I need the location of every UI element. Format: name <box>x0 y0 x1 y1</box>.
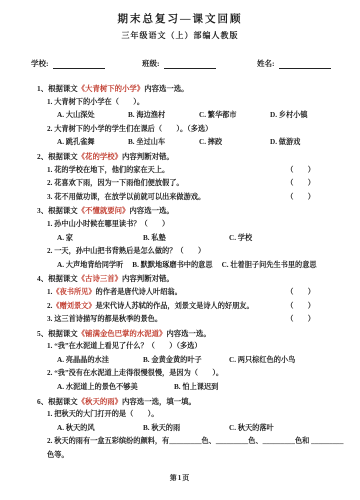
options-row: A. 水泥道上的景色不够美B. 怕上课迟到 <box>0 381 360 395</box>
stem-text: 4、根据课文 <box>37 274 78 283</box>
question-stem: 2、根据课文《花的学校》内容判断对错。 <box>0 150 360 164</box>
stem-text: 内容选一选，填一填。 <box>122 397 196 406</box>
item-text: 3. 花不用做功课，在放学以前就可以出来做游戏。 <box>47 193 205 201</box>
sub-question: 2. 一天，孙中山把书背熟后是怎么做的？（ ） <box>0 245 360 259</box>
book-title: 《大青树下的小学》 <box>78 84 145 93</box>
sub-question: 2. 大青树下的小学的学生们在课后（ ）。（多选） <box>0 123 360 137</box>
item-text: 2. 一天，孙中山把书背熟后是怎么做的？（ ） <box>47 247 205 255</box>
question-stem: 6、根据课文《秋天的雨》内容选一选，填一填。 <box>0 395 360 409</box>
item-text: 的作者是唐代诗人叶绍翁。 <box>96 288 182 296</box>
option: B. 秋天的雨 <box>143 422 229 436</box>
judge-statement: 1.《夜书所见》的作者是唐代诗人叶绍翁。（ ） <box>0 286 360 300</box>
sub-question-text: 1. 把秋天的大门打开的是（ ）。 <box>47 410 158 418</box>
stem-text: 内容选一选。 <box>144 84 188 93</box>
option: C. 壮着胆子问先生书里的意思 <box>222 259 317 273</box>
judge-statement: 2.《赠刘景文》是宋代诗人苏轼的作品，刘景文是诗人的好朋友。（ ） <box>0 300 360 314</box>
sub-question-text: 2. 秋天的雨有一盒五彩缤纷的颜料，有_________色、_________色… <box>47 437 344 459</box>
item-text: 2. 秋天的雨有一盒五彩缤纷的颜料，有_________色、_________色… <box>47 437 344 459</box>
question-block-5: 5、根据课文《铺满金色巴掌的水泥道》内容选一选。1. “我”在水泥道上看见了什么… <box>0 327 360 395</box>
option: B. 坐过山车 <box>128 136 199 150</box>
question-stem: 3、根据课文《不懂就要问》内容选一选。 <box>0 204 360 218</box>
item-text: 1. 花的学校在地下，他们的家在天上。 <box>47 166 169 174</box>
sub-question-text: 1. 花的学校在地下，他们的家在天上。 <box>47 164 169 178</box>
options-row: A. 大声地背给同学听B. 默默地琢磨书中的意思C. 壮着胆子问先生书里的意思 <box>0 259 360 273</box>
option: B. 怕上课迟到 <box>174 381 218 395</box>
sub-question-text: 3. 这三首诗描写的都是秋季的景色。 <box>47 313 162 327</box>
stem-text: 3、根据课文 <box>37 206 78 215</box>
stem-text: 内容选一选。 <box>166 329 210 338</box>
sub-question-text: 2.《赠刘景文》是宋代诗人苏轼的作品，刘景文是诗人的好朋友。 <box>47 300 254 314</box>
option: A. 大山深处 <box>57 109 128 123</box>
stem-text: 内容判断对错。 <box>122 274 174 283</box>
item-text: 2. “我”没有在水泥道上走得很慢很慢，是因为（ ）。 <box>47 369 223 377</box>
option: A. 秋天的风 <box>57 422 143 436</box>
question-block-6: 6、根据课文《秋天的雨》内容选一选，填一填。1. 把秋天的大门打开的是（ ）。A… <box>0 395 360 463</box>
class-label: 班级: <box>142 59 160 69</box>
option: C. 两只棕红色的小鸟 <box>229 354 295 368</box>
options-row: A. 大山深处B. 海边渔村C. 繁华都市D. 乡村小镇 <box>0 109 360 123</box>
sub-question-text: 1.《夜书所见》的作者是唐代诗人叶绍翁。 <box>47 286 182 300</box>
options-row: A. 家B. 私塾C. 学校 <box>0 232 360 246</box>
sub-question: 2. “我”没有在水泥道上走得很慢很慢，是因为（ ）。 <box>0 367 360 381</box>
questions: 1、根据课文《大青树下的小学》内容选一选。1. 大青树下的小学在（ ）。A. 大… <box>0 82 360 463</box>
item-text: 是宋代诗人苏轼的作品，刘景文是诗人的好朋友。 <box>96 302 254 310</box>
item-text: 1. “我”在水泥道上看见了什么？（ ）（多选） <box>47 342 202 350</box>
stem-text: 2、根据课文 <box>37 152 78 161</box>
sub-question-text: 2. 花喜欢下雨，因为一下雨他们便放假了。 <box>47 177 184 191</box>
judge-statement: 3. 花不用做功课，在放学以前就可以出来做游戏。（ ） <box>0 191 360 205</box>
sub-question: 1. 把秋天的大门打开的是（ ）。 <box>0 408 360 422</box>
answer-bracket: （ ） <box>286 191 315 205</box>
sub-question-text: 3. 花不用做功课，在放学以前就可以出来做游戏。 <box>47 191 205 205</box>
worksheet-page: 期末总复习—课文回顾 三年级语文（上）部编人教版 学校:班级:姓名: 1、根据课… <box>0 0 360 500</box>
school-label: 学校: <box>31 59 49 69</box>
question-stem: 4、根据课文《古诗三首》内容判断对错。 <box>0 272 360 286</box>
question-block-4: 4、根据课文《古诗三首》内容判断对错。1.《夜书所见》的作者是唐代诗人叶绍翁。（… <box>0 272 360 326</box>
page-footer: 第1页 <box>0 473 360 483</box>
book-title: 《花的学校》 <box>78 152 122 161</box>
option: C. 秋天的落叶 <box>229 422 274 436</box>
page-subtitle: 三年级语文（上）部编人教版 <box>0 31 360 41</box>
answer-bracket: （ ） <box>286 300 315 314</box>
answer-bracket: （ ） <box>286 286 315 300</box>
question-block-3: 3、根据课文《不懂就要问》内容选一选。1. 孙中山小时候在哪里读书？（ ）A. … <box>0 204 360 272</box>
school-field: 学校: <box>31 57 105 69</box>
judge-statement: 3. 这三首诗描写的都是秋季的景色。（ ） <box>0 313 360 327</box>
option: B. 私塾 <box>143 232 229 246</box>
answer-bracket: （ ） <box>286 164 315 178</box>
name-label: 姓名: <box>257 59 275 69</box>
header-fields: 学校:班级:姓名: <box>0 57 360 71</box>
option: C. 摔跤 <box>199 136 270 150</box>
option: B. 默默地琢磨书中的意思 <box>132 259 212 273</box>
stem-text: 6、根据课文 <box>37 397 78 406</box>
sub-question-text: 1. 大青树下的小学在（ ）。 <box>47 98 144 106</box>
sub-question-text: 2. 一天，孙中山把书背熟后是怎么做的？（ ） <box>47 247 205 255</box>
option: A. 跳孔雀舞 <box>57 136 128 150</box>
options-row: A. 亮晶晶的水洼B. 金黄金黄的叶子C. 两只棕红色的小鸟 <box>0 354 360 368</box>
question-block-1: 1、根据课文《大青树下的小学》内容选一选。1. 大青树下的小学在（ ）。A. 大… <box>0 82 360 150</box>
name-blank-line <box>279 59 331 69</box>
option: A. 亮晶晶的水洼 <box>57 354 143 368</box>
option: D. 乡村小镇 <box>270 109 308 123</box>
item-text: 1. 孙中山小时候在哪里读书？（ ） <box>47 220 169 228</box>
item-text: 1. 把秋天的大门打开的是（ ）。 <box>47 410 158 418</box>
judge-statement: 1. 花的学校在地下，他们的家在天上。（ ） <box>0 164 360 178</box>
option: A. 家 <box>57 232 143 246</box>
book-title: 《秋天的雨》 <box>78 397 122 406</box>
question-block-2: 2、根据课文《花的学校》内容判断对错。1. 花的学校在地下，他们的家在天上。（ … <box>0 150 360 204</box>
item-text: 2. 花喜欢下雨，因为一下雨他们便放假了。 <box>47 179 184 187</box>
name-field: 姓名: <box>257 57 331 69</box>
sub-question: 1. “我”在水泥道上看见了什么？（ ）（多选） <box>0 340 360 354</box>
sub-question-text: 2. “我”没有在水泥道上走得很慢很慢，是因为（ ）。 <box>47 369 223 377</box>
book-title: 《铺满金色巴掌的水泥道》 <box>78 329 167 338</box>
option: A. 水泥道上的景色不够美 <box>57 381 174 395</box>
sub-question-text: 2. 大青树下的小学的学生们在课后（ ）。（多选） <box>47 125 212 133</box>
stem-text: 内容选一选。 <box>129 206 173 215</box>
answer-bracket: （ ） <box>286 177 315 191</box>
stem-text: 5、根据课文 <box>37 329 78 338</box>
judge-statement: 2. 花喜欢下雨，因为一下雨他们便放假了。（ ） <box>0 177 360 191</box>
class-field: 班级: <box>142 57 216 69</box>
sub-question: 1. 大青树下的小学在（ ）。 <box>0 96 360 110</box>
page-title: 期末总复习—课文回顾 <box>0 0 360 26</box>
sub-question-text: 1. 孙中山小时候在哪里读书？（ ） <box>47 220 169 228</box>
book-title: 《古诗三首》 <box>78 274 122 283</box>
item-text: 3. 这三首诗描写的都是秋季的景色。 <box>47 315 162 323</box>
class-blank-line <box>164 59 216 69</box>
option: A. 大声地背给同学听 <box>57 259 123 273</box>
item-text: 1. 大青树下的小学在（ ）。 <box>47 98 144 106</box>
sub-question: 1. 孙中山小时候在哪里读书？（ ） <box>0 218 360 232</box>
stem-text: 1、根据课文 <box>37 84 78 93</box>
book-title: 《不懂就要问》 <box>78 206 130 215</box>
sub-question: 2. 秋天的雨有一盒五彩缤纷的颜料，有_________色、_________色… <box>0 435 360 462</box>
option: D. 做游戏 <box>270 136 300 150</box>
question-stem: 5、根据课文《铺满金色巴掌的水泥道》内容选一选。 <box>0 327 360 341</box>
option: C. 繁华都市 <box>199 109 270 123</box>
options-row: A. 秋天的风B. 秋天的雨C. 秋天的落叶 <box>0 422 360 436</box>
option: B. 海边渔村 <box>128 109 199 123</box>
answer-bracket: （ ） <box>286 313 315 327</box>
options-row: A. 跳孔雀舞B. 坐过山车C. 摔跤D. 做游戏 <box>0 136 360 150</box>
book-title: 《赠刘景文》 <box>52 302 95 310</box>
question-stem: 1、根据课文《大青树下的小学》内容选一选。 <box>0 82 360 96</box>
school-blank-line <box>53 59 105 69</box>
option: B. 金黄金黄的叶子 <box>143 354 229 368</box>
item-text: 2. 大青树下的小学的学生们在课后（ ）。（多选） <box>47 125 212 133</box>
option: C. 学校 <box>229 232 252 246</box>
book-title: 《夜书所见》 <box>52 288 95 296</box>
stem-text: 内容判断对错。 <box>122 152 174 161</box>
sub-question-text: 1. “我”在水泥道上看见了什么？（ ）（多选） <box>47 342 202 350</box>
